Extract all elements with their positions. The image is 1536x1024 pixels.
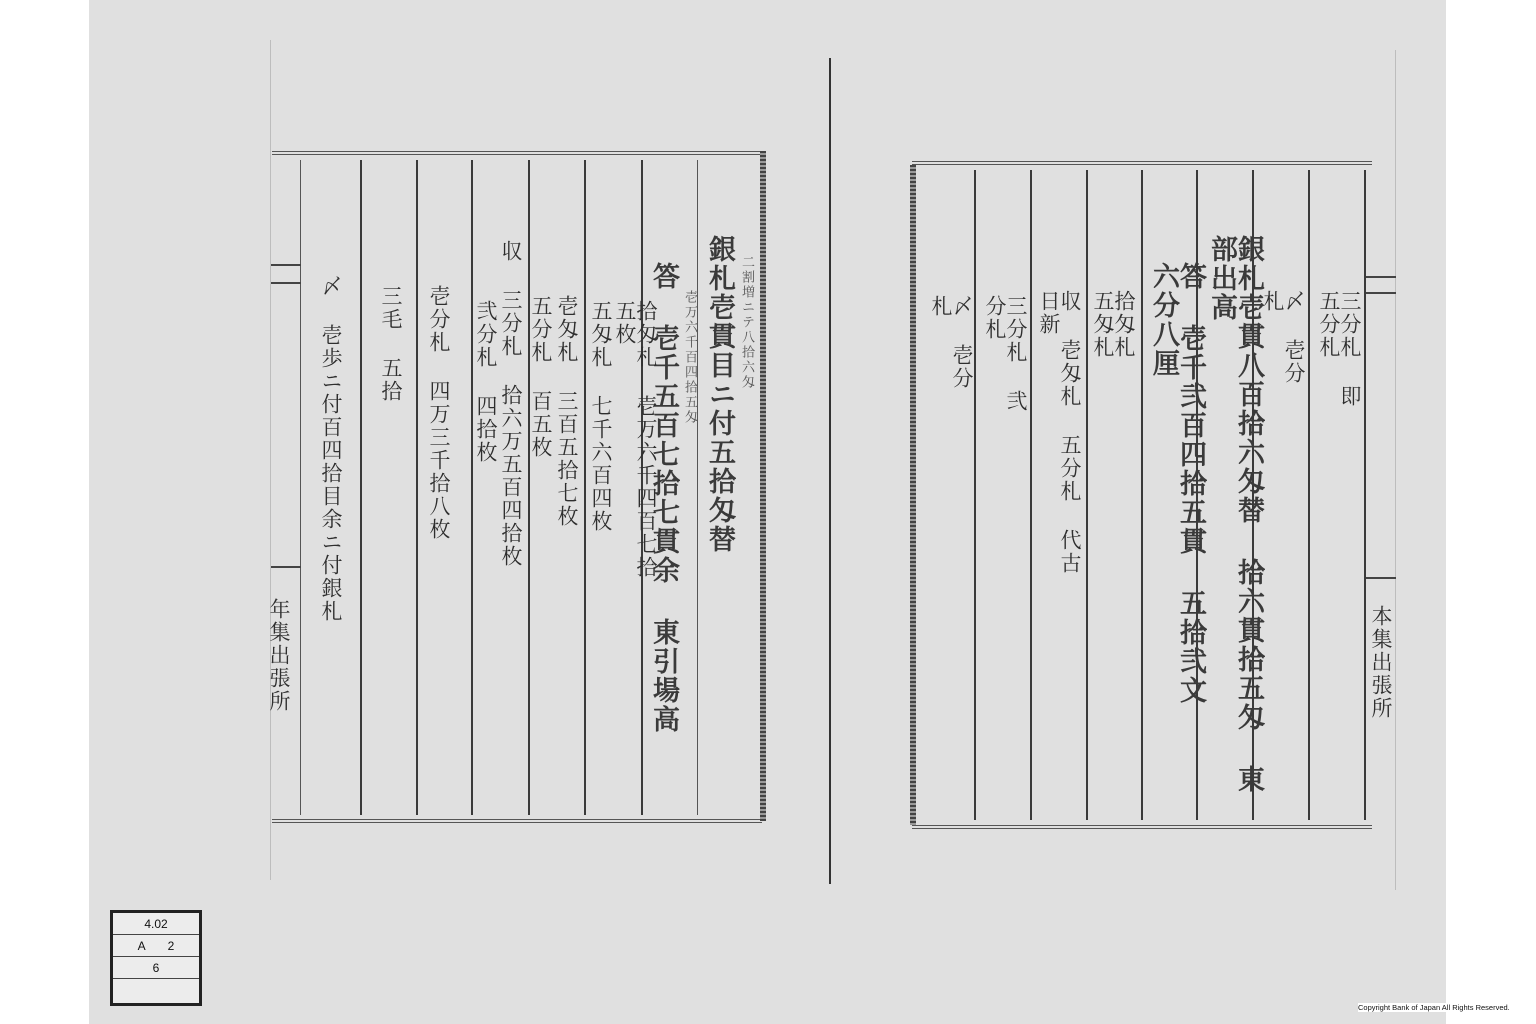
column-rule [471, 160, 473, 815]
margin-note: 本集出張所 [1370, 605, 1391, 755]
section-tick [271, 264, 301, 266]
ledger-annotation: 二割増ニテ八拾六匁 [740, 255, 753, 675]
column-rule [1308, 170, 1310, 820]
ledger-column: 弐分札 四拾枚 [475, 300, 496, 540]
ledger-column: 拾匁札 五匁札 [1092, 290, 1134, 390]
catalog-blank-row [113, 979, 199, 1000]
ledger-column: 三分札 即五分札 [1318, 290, 1360, 420]
ledger-column: 三分札 弐分札 [984, 295, 1026, 425]
ledger-column: 三毛 五拾 [380, 285, 401, 485]
ledger-column: 答 壱千弐百四拾五貫 五拾弐文六分八厘 [1150, 262, 1204, 722]
section-tick [1366, 577, 1396, 579]
catalog-series-letter: A [138, 939, 146, 953]
column-rule [584, 160, 586, 815]
column-rule [300, 160, 301, 815]
left-page-hatched-border [760, 151, 766, 821]
catalog-item: 6 [113, 957, 199, 979]
ledger-column: 五匁札 七千六百四枚 [590, 300, 611, 590]
ledger-column: 五分札 百五枚 [530, 295, 551, 515]
section-tick [1366, 276, 1396, 278]
column-rule [416, 160, 418, 815]
ledger-column: 拾匁札 壱万六千四百七拾五枚 [614, 300, 656, 590]
column-rule [974, 170, 976, 820]
ledger-column: 壱匁札 三百五拾七枚 [556, 295, 577, 565]
ledger-column: 〆 壱分札 [930, 295, 972, 405]
ledger-column: 〆 壱歩ニ付百四拾目余ニ付銀札 [320, 275, 341, 635]
right-page-edge [1395, 50, 1396, 890]
ledger-annotation: 壱万六千百四拾五匁 [683, 290, 696, 590]
column-rule [1086, 170, 1088, 820]
section-tick [1366, 292, 1396, 294]
book-spine-line [829, 58, 831, 884]
ledger-column: 銀札壱貫目ニ付五拾匁替 [706, 235, 733, 705]
column-rule [697, 160, 698, 815]
ledger-column: 収 三分札 拾六万五百四拾枚 [500, 240, 521, 620]
catalog-series-number: 2 [168, 939, 175, 953]
column-rule [1141, 170, 1143, 820]
column-rule [1364, 170, 1366, 820]
section-tick [271, 282, 301, 284]
section-tick [271, 566, 301, 568]
ledger-column: 〆 壱分札 [1262, 290, 1304, 390]
right-page-hatched-border [910, 165, 916, 825]
column-rule [1030, 170, 1032, 820]
copyright-notice: Copyright Bank of Japan All Rights Reser… [1358, 1003, 1510, 1012]
catalog-label: 4.02 A 2 6 [110, 910, 202, 1006]
ledger-column: 収 壱匁札 五分札 代古日新 [1038, 290, 1080, 590]
catalog-number: 4.02 [113, 913, 199, 935]
margin-note: 年集出張所 [268, 598, 289, 778]
column-rule [360, 160, 362, 815]
ledger-column: 銀札壱貫八百拾六匁替 拾六貫拾五匁 東部出高 [1208, 235, 1262, 805]
catalog-series: A 2 [113, 935, 199, 957]
ledger-column: 壱分札 四万三千拾八枚 [428, 285, 449, 575]
